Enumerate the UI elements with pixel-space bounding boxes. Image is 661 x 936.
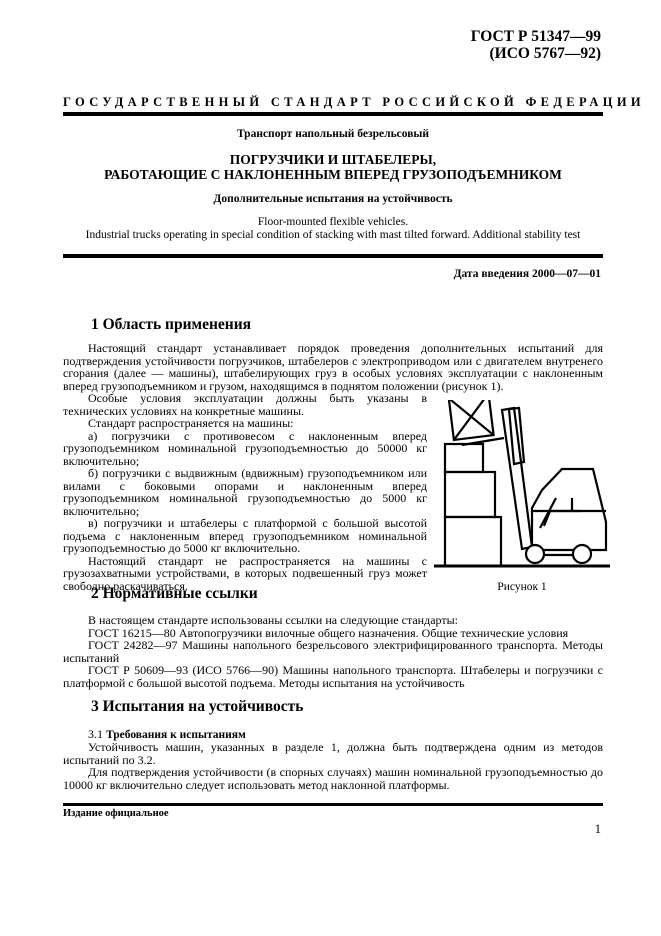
iso-code: (ИСО 5767—92): [471, 45, 601, 62]
section-1-intro: Настоящий стандарт устанавливает порядок…: [63, 342, 603, 392]
title-rule: [63, 254, 603, 258]
paragraph: Устойчивость машин, указанных в разделе …: [63, 741, 603, 766]
section-3-heading: 3 Испытания на устойчивость: [91, 698, 303, 716]
section-1-heading: 1 Область применения: [91, 316, 251, 334]
english-title-line-1: Floor-mounted flexible vehicles.: [63, 216, 603, 229]
figure-caption: Рисунок 1: [432, 581, 612, 593]
english-title-line-2: Industrial trucks operating in special c…: [63, 229, 603, 242]
document-title: ПОГРУЗЧИКИ И ШТАБЕЛЕРЫ, РАБОТАЮЩИЕ С НАК…: [63, 152, 603, 182]
footer-rule: [63, 803, 603, 806]
state-standard-title: ГОСУДАРСТВЕННЫЙ СТАНДАРТ РОССИЙСКОЙ ФЕДЕ…: [63, 95, 603, 110]
page-number: 1: [595, 822, 601, 837]
list-item: в) погрузчики и штабелеры с платформой с…: [63, 517, 427, 555]
paragraph: В настоящем стандарте использованы ссылк…: [63, 614, 603, 627]
title-line-2: РАБОТАЮЩИЕ С НАКЛОНЕННЫМ ВПЕРЕД ГРУЗОПОД…: [63, 167, 603, 182]
section-2-heading: 2 Нормативные ссылки: [91, 585, 258, 603]
section-3-body: Устойчивость машин, указанных в разделе …: [63, 741, 603, 791]
reference-item: ГОСТ Р 50609—93 (ИСО 5766—90) Машины нап…: [63, 664, 603, 689]
section-1-scope-list: Особые условия эксплуатации должны быть …: [63, 392, 427, 592]
paragraph: Для подтверждения устойчивости (в спорны…: [63, 766, 603, 791]
title-line-1: ПОГРУЗЧИКИ И ШТАБЕЛЕРЫ,: [63, 152, 603, 167]
document-subject: Дополнительные испытания на устойчивость: [63, 193, 603, 205]
section-2-references: В настоящем стандарте использованы ссылк…: [63, 614, 603, 689]
paragraph: Настоящий стандарт устанавливает порядок…: [63, 342, 603, 392]
standard-designation: ГОСТ Р 51347—99 (ИСО 5767—92): [471, 28, 601, 62]
category-title: Транспорт напольный безрельсовый: [63, 128, 603, 140]
list-item: б) погрузчики с выдвижным (вдвижным) гру…: [63, 467, 427, 517]
paragraph: Особые условия эксплуатации должны быть …: [63, 392, 427, 417]
forklift-illustration-icon: [432, 400, 612, 570]
official-edition-label: Издание официальное: [63, 808, 169, 819]
reference-item: ГОСТ 24282—97 Машины напольного безрельс…: [63, 639, 603, 664]
list-item: а) погрузчики с противовесом с наклоненн…: [63, 430, 427, 468]
header-rule: [63, 112, 603, 116]
effective-date: Дата введения 2000—07—01: [454, 268, 601, 280]
paragraph: Стандарт распространяется на машины:: [63, 417, 427, 430]
english-title: Floor-mounted flexible vehicles. Industr…: [63, 216, 603, 241]
standard-code: ГОСТ Р 51347—99: [471, 28, 601, 45]
subsection-number: 3.1: [88, 727, 103, 741]
